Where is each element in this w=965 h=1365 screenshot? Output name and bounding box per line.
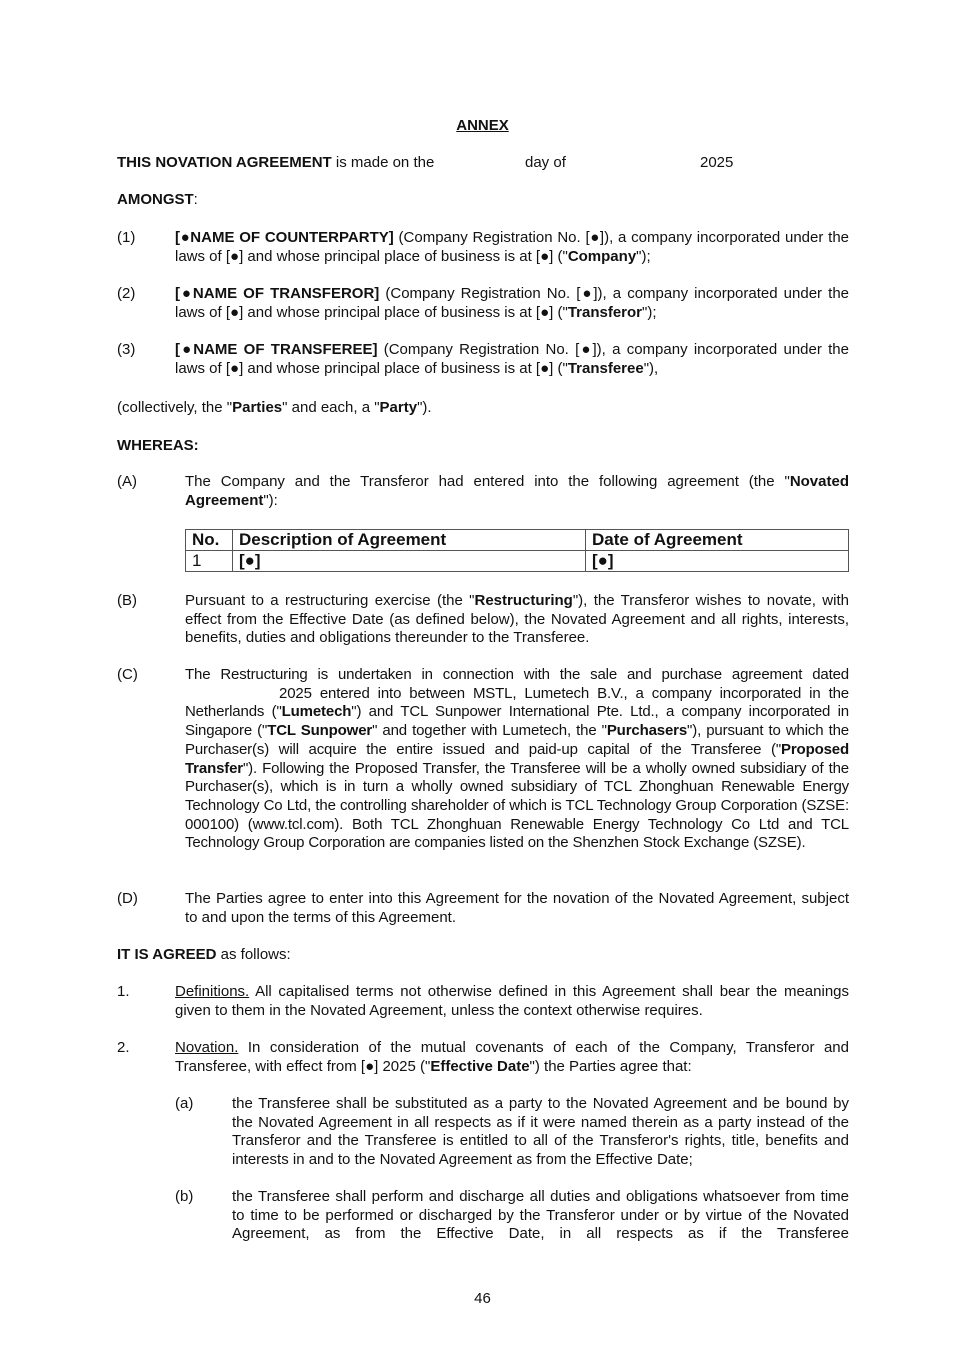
recital-d-number: (D) (117, 890, 138, 909)
header-description: Description of Agreement (233, 530, 586, 551)
party-close: "); (636, 248, 651, 265)
header-date: Date of Agreement (586, 530, 849, 551)
recital-d-text: The Parties agree to enter into this Agr… (185, 890, 849, 927)
clause-2-heading: Novation. (175, 1039, 238, 1056)
recital-a-post: "): (263, 492, 278, 509)
clause-1-number: 1. (117, 983, 130, 1002)
recital-c-number: (C) (117, 666, 138, 685)
defined-purchasers: Purchasers (607, 722, 687, 739)
intro-rest: is made on the (332, 154, 435, 171)
party-name: [●NAME OF TRANSFEREE] (175, 341, 377, 358)
party-text: [●NAME OF TRANSFEREE] (Company Registrat… (175, 341, 849, 378)
party-defined-term: Company (568, 248, 636, 265)
defined-effective-date: Effective Date (430, 1058, 529, 1075)
party-close: "); (642, 304, 657, 321)
amongst-colon: : (194, 191, 198, 208)
amongst-heading: AMONGST: (117, 191, 198, 210)
party-details: (Company Registration No. [●]), a compan… (377, 341, 821, 358)
intro-lead: THIS NOVATION AGREEMENT (117, 154, 332, 171)
recital-b-text: Pursuant to a restructuring exercise (th… (185, 592, 849, 648)
party-number: (2) (117, 285, 135, 304)
party-defined-term: Transferee (568, 360, 644, 377)
clause-2-post: ") the Parties agree that: (530, 1058, 692, 1075)
party-defined-term: Transferor (568, 304, 642, 321)
header-no: No. (186, 530, 233, 551)
party-details: (Company Registration No. [●]), a compan… (394, 229, 780, 246)
agreed-bold: IT IS AGREED (117, 946, 216, 963)
defined-party: Party (380, 399, 418, 416)
recital-c-part: The Restructuring is undertaken in conne… (185, 666, 849, 683)
intro-line: THIS NOVATION AGREEMENT is made on the (117, 154, 434, 173)
sub-a-text: the Transferee shall be substituted as a… (232, 1095, 849, 1170)
party-name: [●NAME OF TRANSFEROR] (175, 285, 379, 302)
defined-lumetech: Lumetech (282, 703, 352, 720)
recital-a-pre: The Company and the Transferor had enter… (185, 473, 790, 490)
clause-1-body: All capitalised terms not otherwise defi… (175, 983, 849, 1019)
recital-a-text: The Company and the Transferor had enter… (185, 473, 849, 510)
recital-c-part: " and together with Lumetech, the " (372, 722, 607, 739)
sub-b-number: (b) (175, 1188, 193, 1207)
clause-1-heading: Definitions. (175, 983, 249, 1000)
party-name: [●NAME OF COUNTERPARTY] (175, 229, 394, 246)
cell-date: [●] (586, 551, 849, 572)
table-header-row: No. Description of Agreement Date of Agr… (186, 530, 849, 551)
recital-c-text: The Restructuring is undertaken in conne… (185, 666, 849, 853)
party-close: "), (644, 360, 659, 377)
party-text: [●NAME OF COUNTERPARTY] (Company Registr… (175, 229, 849, 266)
annex-title: ANNEX (0, 117, 965, 136)
party-number: (1) (117, 229, 135, 248)
collectively-mid: " and each, a " (282, 399, 379, 416)
party-details: (Company Registration No. [●]), a compan… (379, 285, 822, 302)
agreed-rest: as follows: (216, 946, 290, 963)
clause-1-text: Definitions. All capitalised terms not o… (175, 983, 849, 1020)
intro-year: 2025 (700, 154, 733, 173)
collectively-post: "). (417, 399, 432, 416)
intro-day-label: day of (525, 154, 566, 173)
clause-2-text: Novation. In consideration of the mutual… (175, 1039, 849, 1076)
party-number: (3) (117, 341, 135, 360)
amongst-label: AMONGST (117, 191, 194, 208)
party-text: [●NAME OF TRANSFEROR] (Company Registrat… (175, 285, 849, 322)
defined-restructuring: Restructuring (475, 592, 573, 609)
collectively-pre: (collectively, the " (117, 399, 232, 416)
collectively-line: (collectively, the "Parties" and each, a… (117, 399, 432, 418)
cell-description: [●] (233, 551, 586, 572)
agreed-line: IT IS AGREED as follows: (117, 946, 291, 965)
recital-b-number: (B) (117, 592, 137, 611)
recital-a-number: (A) (117, 473, 137, 492)
whereas-heading: WHEREAS: (117, 437, 199, 456)
defined-tcl-sunpower: TCL Sunpower (267, 722, 372, 739)
table-row: 1 [●] [●] (186, 551, 849, 572)
recital-b-pre: Pursuant to a restructuring exercise (th… (185, 592, 475, 609)
cell-no: 1 (186, 551, 233, 572)
agreement-table: No. Description of Agreement Date of Agr… (185, 529, 849, 572)
clause-2-number: 2. (117, 1039, 130, 1058)
sub-a-number: (a) (175, 1095, 193, 1114)
defined-parties: Parties (232, 399, 282, 416)
sub-b-text: the Transferee shall perform and dischar… (232, 1188, 849, 1244)
page-number: 46 (0, 1290, 965, 1309)
recital-c-part: "). Following the Proposed Transfer, the… (185, 760, 849, 852)
